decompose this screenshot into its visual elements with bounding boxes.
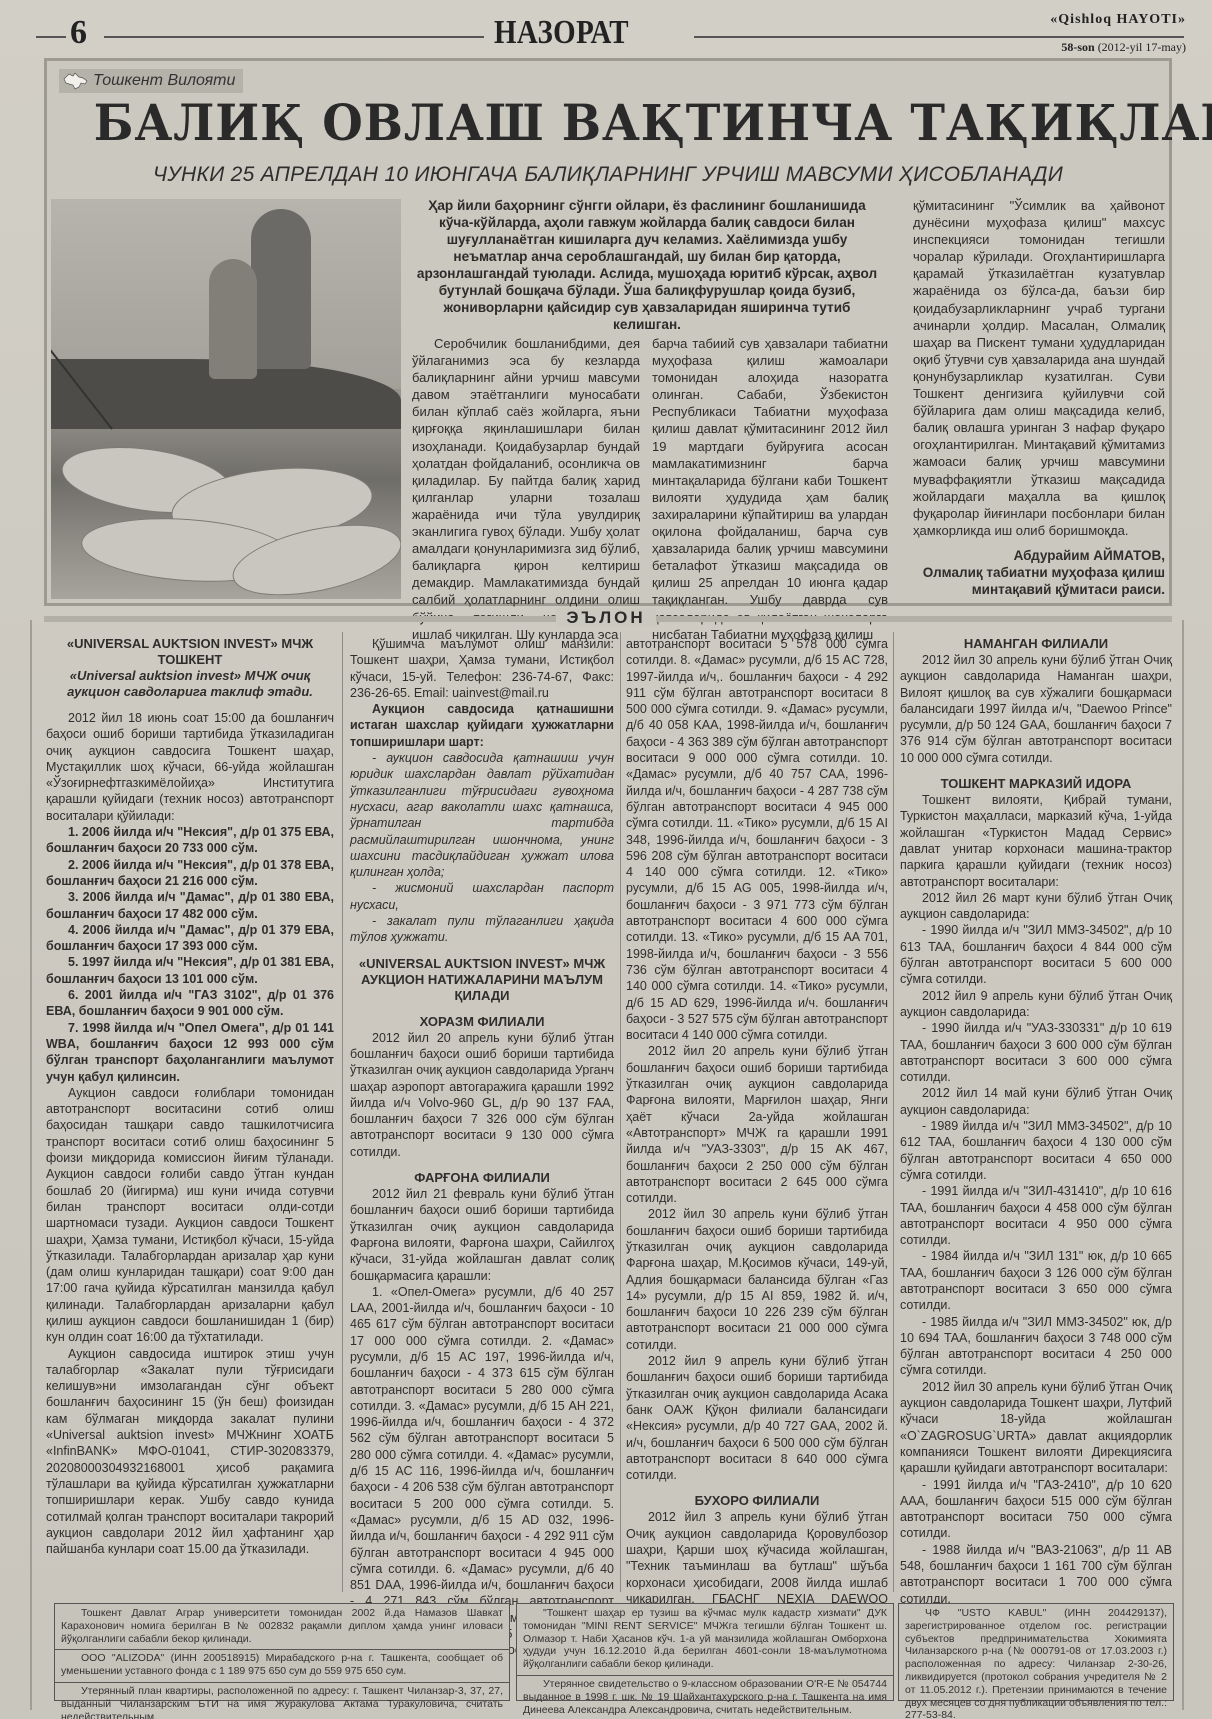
issue-info: 58-son (2012-yil 17-may) bbox=[1061, 40, 1186, 55]
classified-box-1: Тошкент Давлат Аграр университети томони… bbox=[54, 1603, 510, 1701]
requirements-title: Аукцион савдосида қатнашишни истаган шах… bbox=[350, 701, 614, 750]
column-divider bbox=[342, 632, 343, 1592]
header-rule bbox=[104, 36, 484, 38]
announcements-title: ЭЪЛОН bbox=[0, 608, 1212, 628]
header-rule bbox=[694, 36, 1184, 38]
classified-box-3: ЧФ "USTO KABUL" (ИНН 204429137), зарегис… bbox=[898, 1603, 1174, 1701]
announcement-paragraph: 2012 йил 30 апрель куни бўлиб ўтган Очиқ… bbox=[900, 652, 1172, 766]
branch-title-bukhara: БУХОРО ФИЛИАЛИ bbox=[626, 1493, 888, 1509]
branch-title-fergana: ФАРҒОНА ФИЛИАЛИ bbox=[350, 1170, 614, 1186]
announcement-paragraph: Аукцион савдоси ғолиблари томонидан авто… bbox=[46, 1085, 334, 1346]
results-title: «UNIVERSAL AUKTSION INVEST» МЧЖ АУКЦИОН … bbox=[350, 956, 614, 1004]
classified-notice: Утерянное свидетельство о 9-классном обр… bbox=[523, 1678, 887, 1716]
lot-item: 4. 2006 йилда и/ч "Дамас", д/р 01 379 ЕВ… bbox=[46, 922, 334, 955]
lot-item: 2. 2006 йилда и/ч "Нексия", д/р 01 378 Е… bbox=[46, 857, 334, 890]
lot-item: 1. 2006 йилда и/ч "Нексия", д/р 01 375 Е… bbox=[46, 824, 334, 857]
lot-item: - 1989 йилда и/ч "ЗИЛ ММЗ-34502", д/р 10… bbox=[900, 1118, 1172, 1183]
issue-number: 58-son bbox=[1061, 40, 1094, 54]
branch-title-namangan: НАМАНГАН ФИЛИАЛИ bbox=[900, 636, 1172, 652]
requirement-item: - жисмоний шахслардан паспорт нусхаси, bbox=[350, 880, 614, 913]
author-name: Абдурайим АЙМАТОВ, bbox=[913, 547, 1165, 564]
main-article: Тошкент Вилояти БАЛИҚ ОВЛАШ ВАҚТИНЧА ТАҚ… bbox=[44, 58, 1172, 606]
column-divider bbox=[620, 632, 621, 1592]
article-paragraph: барча табиий сув ҳавзалари табиатни муҳо… bbox=[652, 335, 888, 643]
announcement-paragraph: 2012 йил 21 февраль куни бўлиб ўтган бош… bbox=[350, 1186, 614, 1284]
lot-item: - 1990 йилда и/ч "УАЗ-330331" д/р 10 619… bbox=[900, 1020, 1172, 1085]
classified-notice: Утерянный план квартиры, расположенной п… bbox=[61, 1685, 503, 1719]
article-paragraph: Серобчилик бошланибдими, дея ўйлаганимиз… bbox=[412, 335, 640, 643]
classified-notice: ООО "ALIZODA" (ИНН 200518915) Мирабадско… bbox=[61, 1652, 503, 1678]
photo-child bbox=[209, 259, 257, 379]
region-name: Тошкент Вилояти bbox=[93, 72, 235, 90]
classified-notice: Тошкент Давлат Аграр университети томони… bbox=[61, 1607, 503, 1645]
announcement-column-3: автотранспорт воситаси 5 578 000 сўмга с… bbox=[626, 636, 888, 1672]
lot-item: 5. 1997 йилда и/ч "Нексия", д/р 01 381 Е… bbox=[46, 954, 334, 987]
announcement-subtitle: «Universal auktsion invest» МЧЖ очиқ аук… bbox=[46, 668, 334, 700]
page-number: 6 bbox=[70, 14, 87, 52]
classified-box-2: "Тошкент шаҳар ер тузиш ва кўчмас мулк к… bbox=[516, 1603, 894, 1701]
lot-item: 7. 1998 йилда и/ч "Опел Омега", д/р 01 1… bbox=[46, 1020, 334, 1085]
announcement-column-2: Қўшимча маълумот олиш манзили: Тошкент ш… bbox=[350, 636, 614, 1675]
announcement-paragraph: 2012 йил 14 май куни бўлиб ўтган Очиқ ау… bbox=[900, 1085, 1172, 1118]
contact-info: Қўшимча маълумот олиш манзили: Тошкент ш… bbox=[350, 636, 614, 701]
branch-title-tashkent: ТОШКЕНТ МАРКАЗИЙ ИДОРА bbox=[900, 776, 1172, 792]
announcement-paragraph: 2012 йил 9 апрель куни бўлиб ўтган бошла… bbox=[626, 1353, 888, 1483]
lot-item: 3. 2006 йилда и/ч "Дамас", д/р 01 380 ЕВ… bbox=[46, 889, 334, 922]
announcement-title: «UNIVERSAL AUKTSION INVEST» МЧЖ ТОШКЕНТ bbox=[46, 636, 334, 668]
lot-item: - 1988 йилда и/ч "ВАЗ-21063", д/р 11 AB … bbox=[900, 1542, 1172, 1607]
uzbekistan-map-icon bbox=[63, 71, 89, 91]
column-divider bbox=[893, 632, 894, 1592]
issue-date: (2012-yil 17-may) bbox=[1098, 40, 1186, 54]
announcement-paragraph: 2012 йил 20 апрель куни бўлиб ўтган бошл… bbox=[350, 1030, 614, 1160]
announcement-paragraph: автотранспорт воситаси 5 578 000 сўмга с… bbox=[626, 636, 888, 1043]
author-signature: Абдурайим АЙМАТОВ, Олмалиқ табиатни муҳо… bbox=[913, 547, 1165, 598]
lot-item: 6. 2001 йилда и/ч "ГАЗ 3102", д/р 01 376… bbox=[46, 987, 334, 1020]
announcement-paragraph: Аукцион савдосида иштирок этиш учун тала… bbox=[46, 1346, 334, 1558]
photo-adult bbox=[251, 209, 311, 369]
lot-item: - 1984 йилда и/ч "ЗИЛ 131" юк, д/р 10 66… bbox=[900, 1248, 1172, 1313]
announcements-title-text: ЭЪЛОН bbox=[556, 608, 655, 627]
newspaper-page: 6 НАЗОРАТ «Qishloq HAYOTI» 58-son (2012-… bbox=[0, 0, 1212, 1719]
lot-item: - 1990 йилда и/ч "ЗИЛ ММЗ-34502", д/р 10… bbox=[900, 922, 1172, 987]
announcement-column-4: НАМАНГАН ФИЛИАЛИ 2012 йил 30 апрель куни… bbox=[900, 636, 1172, 1633]
lot-item: - 1985 йилда и/ч "ЗИЛ ММЗ-34502" юк, д/р… bbox=[900, 1314, 1172, 1379]
article-column-2: барча табиий сув ҳавзалари табиатни муҳо… bbox=[652, 335, 888, 643]
article-lede: Ҳар йили баҳорнинг сўнгги ойлари, ёз фас… bbox=[412, 197, 882, 333]
announcement-paragraph: 2012 йил 26 март куни бўлиб ўтган Очиқ а… bbox=[900, 890, 1172, 923]
classified-notice: ЧФ "USTO KABUL" (ИНН 204429137), зарегис… bbox=[905, 1607, 1167, 1719]
announcement-paragraph: 2012 йил 30 апрель куни бўлиб ўтган бошл… bbox=[626, 1206, 888, 1353]
announcement-paragraph: 2012 йил 30 апрель куни бўлиб ўтган Очиқ… bbox=[900, 1379, 1172, 1477]
author-title: Олмалиқ табиатни муҳофаза қилиш минтақав… bbox=[913, 564, 1165, 598]
article-paragraph: қўмитасининг "Ўсимлик ва ҳайвонот дунёси… bbox=[913, 197, 1165, 539]
header-rule bbox=[36, 36, 66, 38]
announcement-paragraph: 2012 йил 9 апрель куни бўлиб ўтган Очиқ … bbox=[900, 988, 1172, 1021]
page-header: 6 НАЗОРАТ «Qishloq HAYOTI» 58-son (2012-… bbox=[36, 14, 1186, 56]
section-title: НАЗОРАТ bbox=[494, 14, 629, 52]
requirement-item: - закалат пули тўлаганлиги ҳақида тўлов … bbox=[350, 913, 614, 946]
announcement-paragraph: 2012 йил 20 апрель куни бўлиб ўтган бошл… bbox=[626, 1043, 888, 1206]
lot-item: - 1991 йилда и/ч "ГАЗ-2410", д/р 10 620 … bbox=[900, 1477, 1172, 1542]
classified-notice: "Тошкент шаҳар ер тузиш ва кўчмас мулк к… bbox=[523, 1607, 887, 1671]
article-subheadline: ЧУНКИ 25 АПРЕЛДАН 10 ИЮНГАЧА БАЛИҚЛАРНИН… bbox=[47, 163, 1169, 187]
announcement-paragraph: Тошкент вилояти, Қибрай тумани, Туркисто… bbox=[900, 792, 1172, 890]
announcement-column-1: «UNIVERSAL AUKTSION INVEST» МЧЖ ТОШКЕНТ … bbox=[46, 636, 334, 1557]
fishing-photo bbox=[51, 199, 401, 599]
announcement-paragraph: 2012 йил 18 июнь соат 15:00 да бошланғич… bbox=[46, 710, 334, 824]
requirement-item: - аукцион савдосида қатнашиш учун юридик… bbox=[350, 750, 614, 880]
branch-title-khorezm: ХОРАЗМ ФИЛИАЛИ bbox=[350, 1014, 614, 1030]
article-column-3: қўмитасининг "Ўсимлик ва ҳайвонот дунёси… bbox=[913, 197, 1165, 598]
article-column-1: Серобчилик бошланибдими, дея ўйлаганимиз… bbox=[412, 335, 640, 643]
lot-item: - 1991 йилда и/ч "ЗИЛ-431410", д/р 10 61… bbox=[900, 1183, 1172, 1248]
article-headline: БАЛИҚ ОВЛАШ ВАҚТИНЧА ТАҚИҚЛАНАДИ bbox=[94, 93, 1124, 152]
region-label: Тошкент Вилояти bbox=[59, 69, 243, 93]
newspaper-name: «Qishloq HAYOTI» bbox=[1050, 12, 1186, 28]
